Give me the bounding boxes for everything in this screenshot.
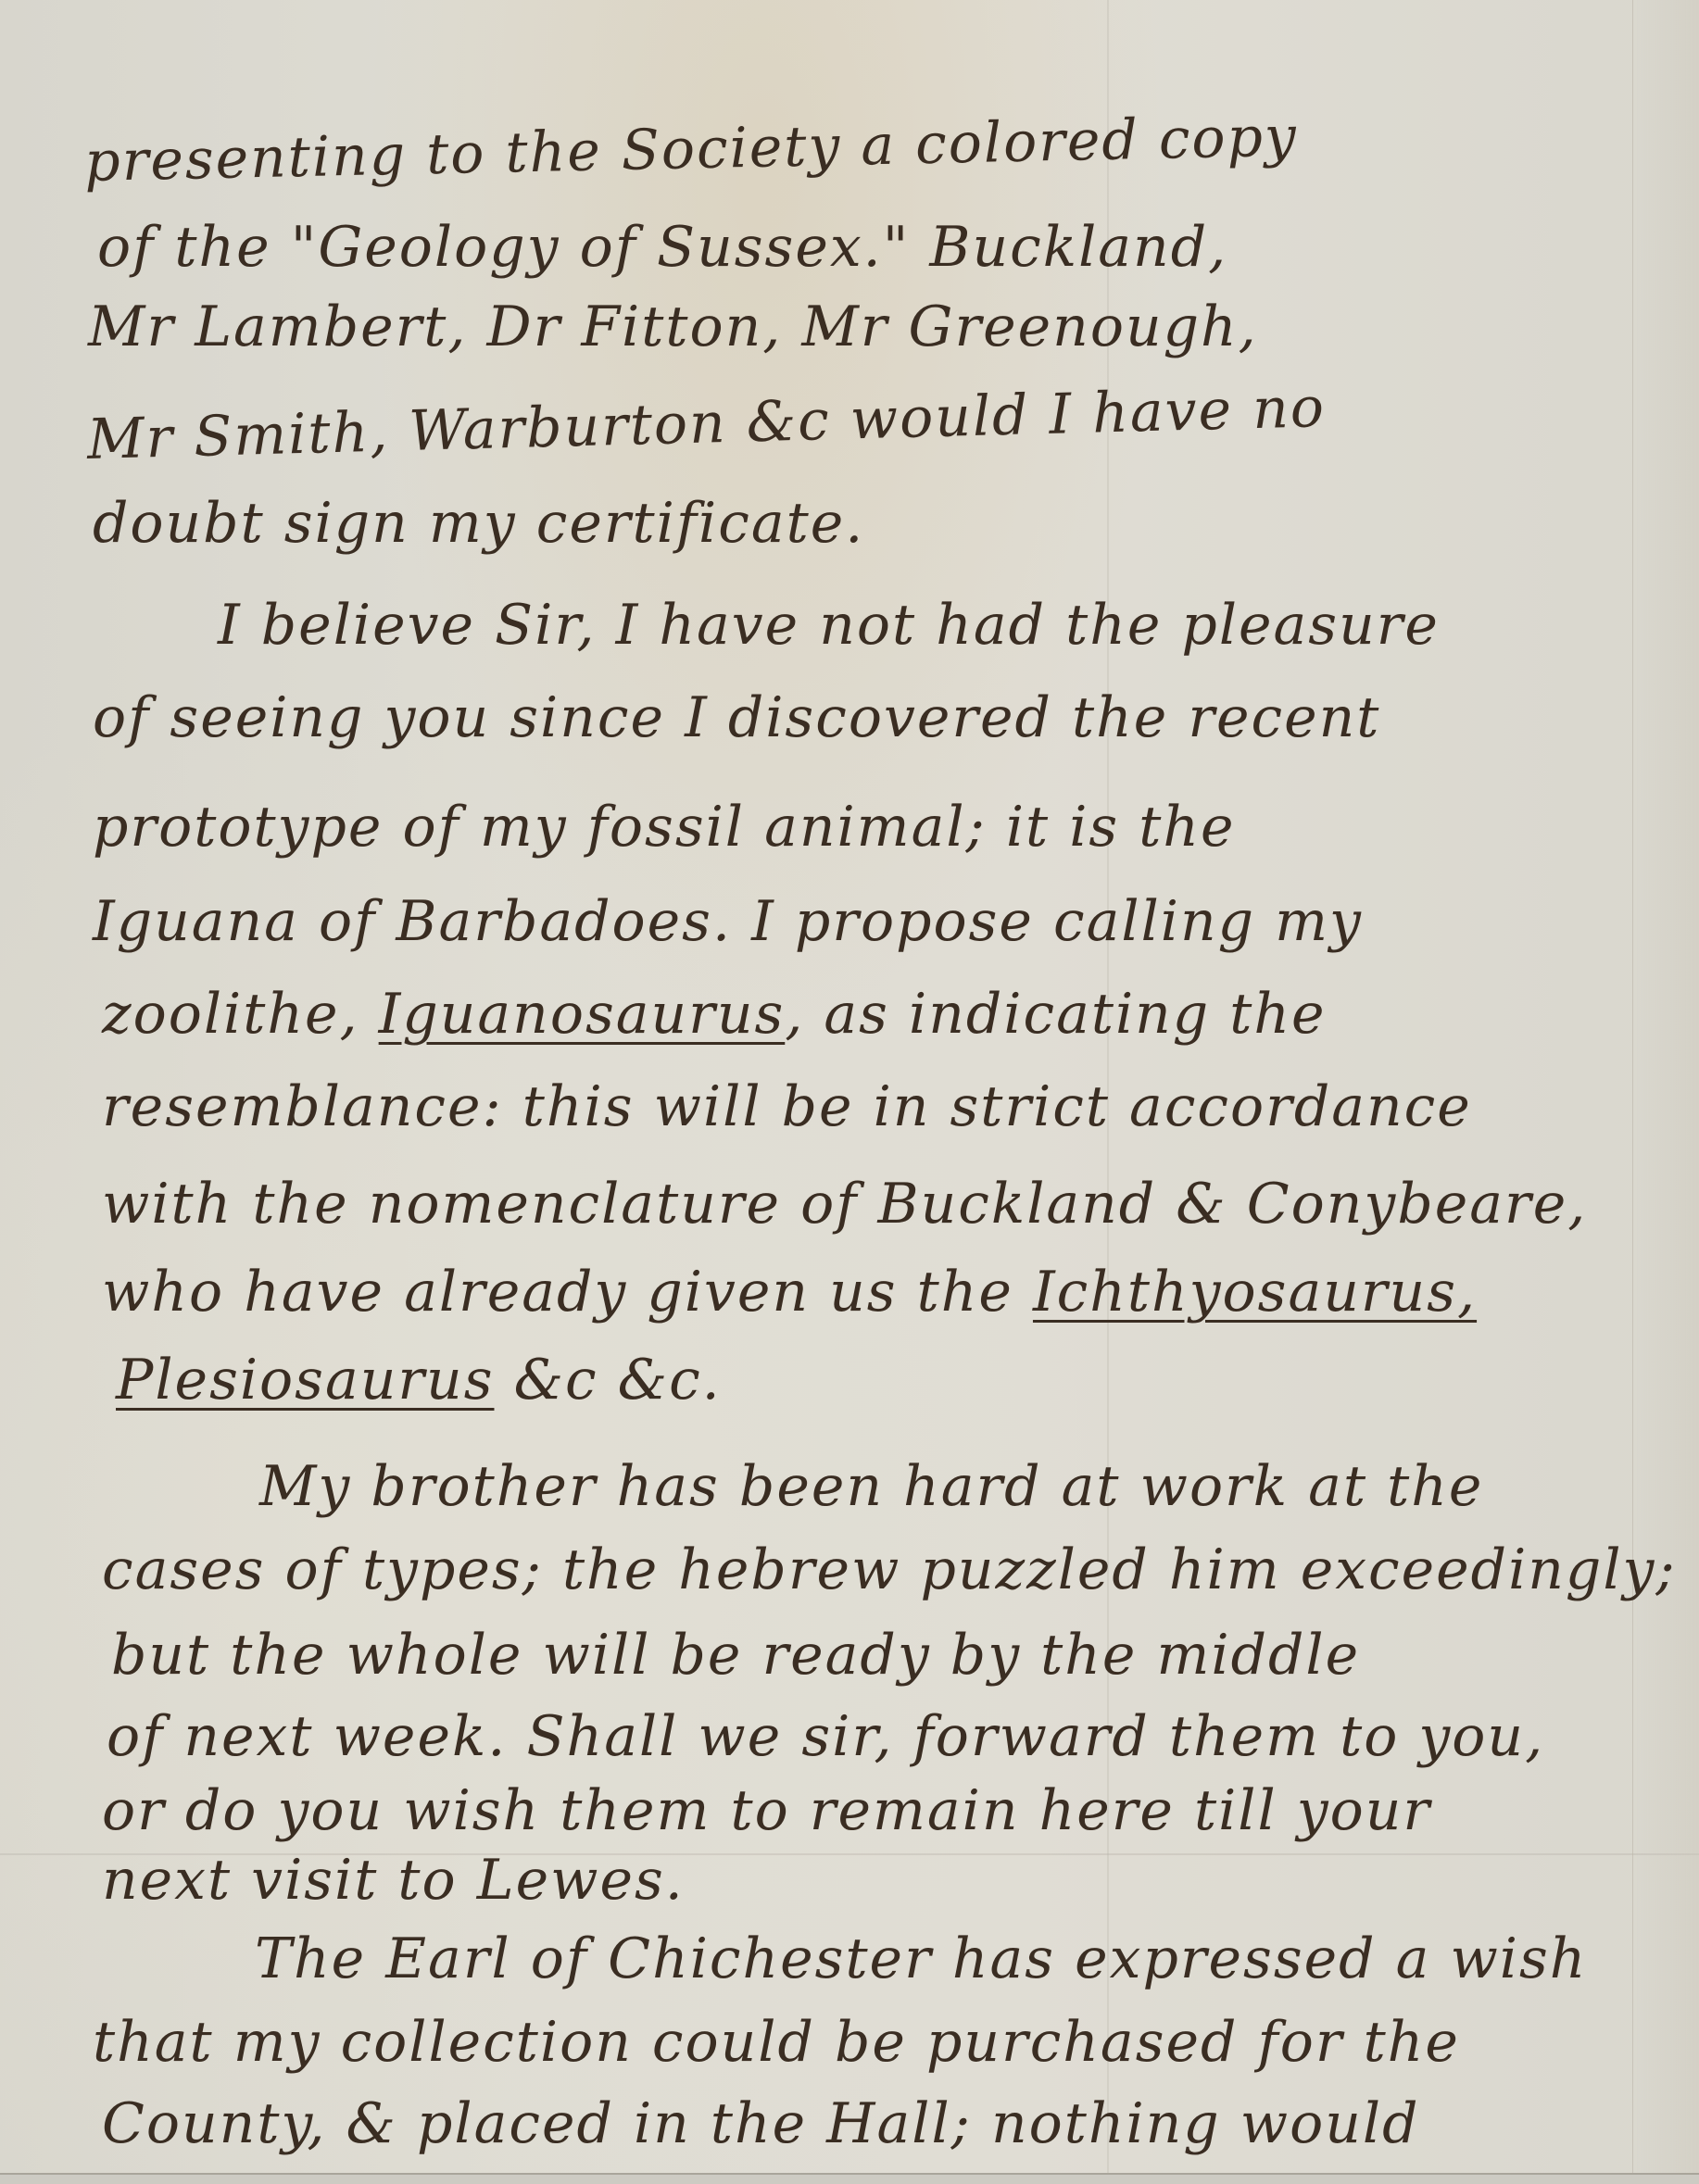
letter-line: Mr Lambert, Dr Fitton, Mr Greenough,	[88, 295, 1258, 359]
letter-line: I believe Sir, I have not had the pleasu…	[218, 593, 1440, 658]
letter-line: prototype of my fossil animal; it is the	[93, 795, 1236, 860]
letter-line: next visit to Lewes.	[102, 1848, 685, 1913]
letter-line: with the nomenclature of Buckland & Cony…	[102, 1172, 1587, 1236]
underlined-genus-name: Ichthyosaurus,	[1033, 1260, 1477, 1324]
underlined-genus-name: Iguanosaurus	[379, 982, 786, 1047]
letter-line: Mr Smith, Warburton &c would I have no	[86, 375, 1327, 472]
letter-line: Iguana of Barbadoes. I propose calling m…	[93, 889, 1363, 954]
paper-bottom-edge	[0, 2173, 1699, 2184]
letter-line: or do you wish them to remain here till …	[102, 1778, 1431, 1843]
letter-line: presenting to the Society a colored copy	[84, 105, 1299, 195]
letter-line: Plesiosaurus &c &c.	[116, 1348, 722, 1412]
letter-line: but the whole will be ready by the middl…	[111, 1623, 1360, 1688]
letter-text: &c &c.	[495, 1348, 722, 1412]
letter-page: presenting to the Society a colored copy…	[0, 0, 1699, 2184]
letter-text: who have already given us the	[102, 1260, 1033, 1324]
letter-line: cases of types; the hebrew puzzled him e…	[102, 1538, 1677, 1602]
letter-line: zoolithe, Iguanosaurus, as indicating th…	[102, 982, 1327, 1047]
letter-line: The Earl of Chichester has expressed a w…	[255, 1927, 1587, 1991]
letter-line: of the "Geology of Sussex." Buckland,	[97, 215, 1227, 280]
underlined-genus-name: Plesiosaurus	[116, 1348, 495, 1412]
letter-line: doubt sign my certificate.	[93, 491, 864, 556]
letter-line: that my collection could be purchased fo…	[93, 2010, 1460, 2075]
paper-right-margin	[1632, 0, 1699, 2184]
letter-text: zoolithe,	[102, 982, 379, 1047]
letter-line: of seeing you since I discovered the rec…	[93, 685, 1380, 750]
letter-line: County, & placed in the Hall; nothing wo…	[102, 2091, 1420, 2156]
letter-line: of next week. Shall we sir, forward them…	[107, 1704, 1544, 1769]
letter-text: , as indicating the	[785, 982, 1326, 1047]
letter-line: who have already given us the Ichthyosau…	[102, 1260, 1477, 1324]
letter-line: My brother has been hard at work at the	[259, 1454, 1483, 1519]
letter-line: resemblance: this will be in strict acco…	[102, 1074, 1472, 1139]
